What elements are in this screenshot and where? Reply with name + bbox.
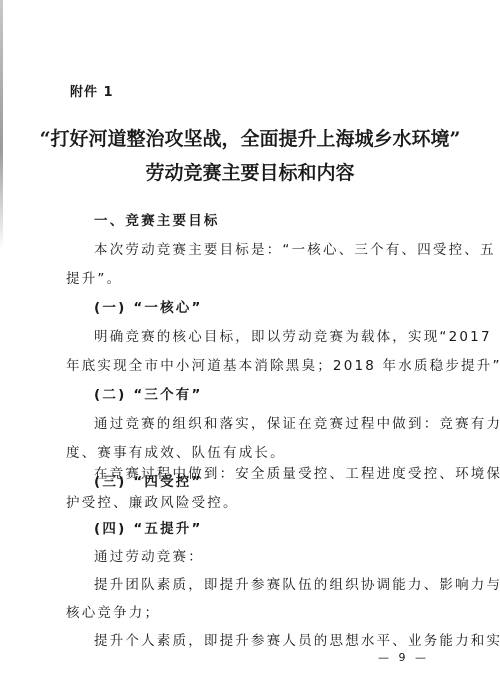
section-heading-goals: 一、竞赛主要目标 <box>94 209 220 229</box>
body-line: 提升团队素质，即提升参赛队伍的组织协调能力、影响力与 <box>94 573 500 593</box>
body-line: 通过竞赛的组织和落实，保证在竞赛过程中做到：竞赛有力 <box>94 412 500 432</box>
document-title-line-2: 劳动竞赛主要目标和内容 <box>0 158 500 185</box>
body-line: 提升个人素质，即提升参赛人员的思想水平、业务能力和实 <box>94 629 500 649</box>
body-line: 在竞赛过程中做到：安全质量受控、工程进度受控、环境保 <box>94 462 500 482</box>
body-line: 提升”。 <box>66 267 122 287</box>
body-line: 度、赛事有成效、队伍有成长。 <box>66 441 286 461</box>
subheading-three-haves: (二) “三个有” <box>94 383 203 403</box>
page-number: — 9 — <box>378 651 429 664</box>
body-line: 年底实现全市中小河道基本消除黑臭；2018 年水质稳步提升”。 <box>66 354 500 374</box>
attachment-label: 附件 1 <box>70 81 114 100</box>
subheading-one-core: (一) “一核心” <box>94 296 203 316</box>
body-line: 明确竞赛的核心目标，即以劳动竞赛为载体，实现“2017 <box>94 325 492 345</box>
body-line: 通过劳动竞赛： <box>94 545 204 565</box>
body-line: 核心竞争力； <box>66 601 160 621</box>
subheading-five-improvements: (四) “五提升” <box>94 517 203 537</box>
body-line: 本次劳动竞赛主要目标是：“一核心、三个有、四受控、五 <box>94 238 496 258</box>
body-line: 护受控、廉政风险受控。 <box>66 491 239 511</box>
document-title-line-1: “打好河道整治攻坚战，全面提升上海城乡水环境” <box>0 124 500 151</box>
